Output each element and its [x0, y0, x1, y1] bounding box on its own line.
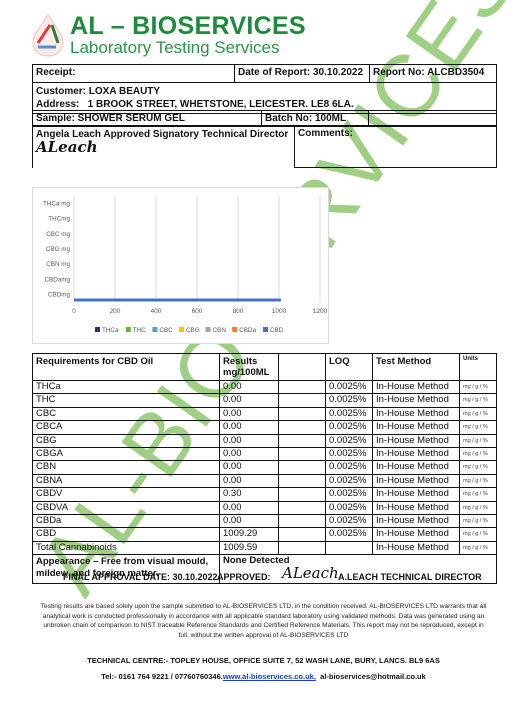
blank-cell [279, 488, 326, 501]
result-value: 1009.29 [220, 528, 279, 541]
loq-value: 0.0025% [326, 515, 373, 528]
loq-value: 0.0025% [326, 434, 373, 447]
units: mg / g / % [460, 434, 497, 447]
result-value: 0.00 [220, 381, 279, 394]
loq-value: 0.0025% [326, 461, 373, 474]
table-row: CBDV0.300.0025%In-House Methodmg / g / % [33, 488, 497, 501]
blank-cell [279, 381, 326, 394]
website-link[interactable]: www.al-bioservices.co.uk, [223, 672, 316, 681]
analyte-name: CBG [33, 434, 220, 447]
result-value: 1009.59 [220, 541, 279, 554]
svg-text:1000: 1000 [272, 308, 287, 315]
col-blank [279, 354, 326, 381]
test-method: In-House Method [373, 394, 460, 407]
units: mg / g / % [460, 381, 497, 394]
result-value: 0.30 [220, 488, 279, 501]
telephone: Tel:- 0161 764 9221 / 07760760346. [101, 672, 223, 681]
bar-chart: 020040060080010001200CBDmgCBDamgCBN mgCB… [33, 188, 330, 345]
table-row: THC0.000.0025%In-House Methodmg / g / % [33, 394, 497, 407]
date-of-report: Date of Report: 30.10.2022 [235, 65, 370, 83]
loq-value: 0.0025% [326, 488, 373, 501]
results-table: Requirements for CBD Oil Results mg/100M… [32, 353, 497, 584]
units: mg / g / % [460, 448, 497, 461]
svg-text:CBDmg: CBDmg [48, 291, 71, 298]
loq-value: 0.0025% [326, 381, 373, 394]
units: mg / g / % [460, 541, 497, 554]
disclaimer: Testing results are based solely upon th… [40, 602, 487, 640]
loq-value: 0.0025% [326, 528, 373, 541]
letterhead: AL – BIOSERVICES Laboratory Testing Serv… [30, 12, 306, 58]
blank-cell [279, 461, 326, 474]
analyte-name: Total Cannabinoids [33, 541, 220, 554]
approval-signature: ALeach [282, 564, 339, 582]
approved-label: APPROVED: [217, 572, 271, 582]
blank-cell [279, 448, 326, 461]
loq-value: 0.0025% [326, 394, 373, 407]
table-row: CBG0.000.0025%In-House Methodmg / g / % [33, 434, 497, 447]
analyte-name: THCa [33, 381, 220, 394]
test-method: In-House Method [373, 528, 460, 541]
result-value: 0.00 [220, 501, 279, 514]
blank-cell [279, 421, 326, 434]
blank-cell [279, 528, 326, 541]
analyte-name: CBGA [33, 448, 220, 461]
svg-text:400: 400 [151, 308, 162, 315]
result-value: 0.00 [220, 448, 279, 461]
svg-text:CBN: CBN [213, 327, 227, 334]
table-row: CBDVA0.000.0025%In-House Methodmg / g / … [33, 501, 497, 514]
logo-icon [30, 13, 66, 57]
test-method: In-House Method [373, 421, 460, 434]
report-number: Report No: ALCBD3504 [370, 65, 497, 83]
test-method: In-House Method [373, 541, 460, 554]
table-row: Total Cannabinoids1009.59In-House Method… [33, 541, 497, 554]
technical-centre-address: TECHNICAL CENTRE:- TOPLEY HOUSE, OFFICE … [0, 656, 527, 665]
units: mg / g / % [460, 421, 497, 434]
units: mg / g / % [460, 407, 497, 420]
analyte-name: CBN [33, 461, 220, 474]
test-method: In-House Method [373, 381, 460, 394]
svg-text:CBDa: CBDa [239, 327, 256, 334]
svg-text:600: 600 [192, 308, 203, 315]
analyte-name: CBD [33, 528, 220, 541]
blank-cell [279, 515, 326, 528]
svg-text:THCa: THCa [102, 327, 119, 334]
loq-value: 0.0025% [326, 474, 373, 487]
units: mg / g / % [460, 461, 497, 474]
test-method: In-House Method [373, 515, 460, 528]
analyte-name: CBCA [33, 421, 220, 434]
svg-text:CBN mg: CBN mg [46, 261, 70, 268]
svg-text:CBG mg: CBG mg [46, 246, 71, 253]
svg-text:CBD: CBD [270, 327, 284, 334]
analyte-name: CBC [33, 407, 220, 420]
loq-value: 0.0025% [326, 421, 373, 434]
test-method: In-House Method [373, 434, 460, 447]
loq-value [326, 541, 373, 554]
result-value: 0.00 [220, 394, 279, 407]
table-row: CBN0.000.0025%In-House Methodmg / g / % [33, 461, 497, 474]
loq-value: 0.0025% [326, 501, 373, 514]
svg-text:CBC: CBC [159, 327, 173, 334]
brand-subtitle: Laboratory Testing Services [70, 39, 306, 57]
table-row: CBCA0.000.0025%In-House Methodmg / g / % [33, 421, 497, 434]
col-test-method: Test Method [373, 354, 460, 381]
units: mg / g / % [460, 394, 497, 407]
blank-cell [279, 474, 326, 487]
svg-text:CBDamg: CBDamg [44, 276, 70, 283]
result-value: 0.00 [220, 421, 279, 434]
svg-text:1200: 1200 [313, 308, 328, 315]
table-row: CBDa0.000.0025%In-House Methodmg / g / % [33, 515, 497, 528]
approver-name: A.LEACH TECHNICAL DIRECTOR [338, 572, 482, 582]
test-method: In-House Method [373, 474, 460, 487]
signatory-table: Angela Leach Approved Signatory Technica… [32, 125, 497, 168]
table-row: CBD1009.290.0025%In-House Methodmg / g /… [33, 528, 497, 541]
report-info-table: Receipt: Date of Report: 30.10.2022 Repo… [32, 64, 497, 114]
blank-cell [279, 541, 326, 554]
svg-text:200: 200 [110, 308, 121, 315]
loq-value: 0.0025% [326, 407, 373, 420]
test-method: In-House Method [373, 461, 460, 474]
result-value: 0.00 [220, 407, 279, 420]
col-requirements: Requirements for CBD Oil [33, 354, 220, 381]
blank-cell [279, 394, 326, 407]
svg-text:THC: THC [133, 327, 146, 334]
units: mg / g / % [460, 528, 497, 541]
contact-line: Tel:- 0161 764 9221 / 07760760346.www.al… [0, 672, 527, 681]
blank-cell [279, 434, 326, 447]
signature: ALeach [36, 141, 291, 154]
svg-text:0: 0 [72, 308, 76, 315]
blank-cell [279, 407, 326, 420]
cannabinoid-chart: 020040060080010001200CBDmgCBDamgCBN mgCB… [32, 187, 329, 344]
svg-text:CBC mg: CBC mg [46, 231, 70, 238]
units: mg / g / % [460, 474, 497, 487]
analyte-name: CBDa [33, 515, 220, 528]
comments-label: Comments: [295, 126, 497, 168]
receipt-label: Receipt: [33, 65, 235, 83]
units: mg / g / % [460, 501, 497, 514]
analyte-name: CBDV [33, 488, 220, 501]
units: mg / g / % [460, 515, 497, 528]
analyte-name: CBDVA [33, 501, 220, 514]
svg-text:800: 800 [233, 308, 244, 315]
result-value: 0.00 [220, 515, 279, 528]
test-method: In-House Method [373, 501, 460, 514]
analyte-name: THC [33, 394, 220, 407]
col-results: Results mg/100ML [220, 354, 279, 381]
table-row: THCa0.000.0025%In-House Methodmg / g / % [33, 381, 497, 394]
svg-text:THCa mg: THCa mg [43, 201, 70, 208]
final-approval-date: FINAL APPROVAL DATE: 30.10.2022 [63, 572, 218, 582]
col-units: Units [460, 354, 497, 381]
col-loq: LOQ [326, 354, 373, 381]
test-method: In-House Method [373, 488, 460, 501]
svg-text:CBG: CBG [186, 327, 200, 334]
loq-value: 0.0025% [326, 448, 373, 461]
units: mg / g / % [460, 488, 497, 501]
result-value: 0.00 [220, 461, 279, 474]
blank-cell [279, 501, 326, 514]
result-value: 0.00 [220, 434, 279, 447]
result-value: 0.00 [220, 474, 279, 487]
test-method: In-House Method [373, 448, 460, 461]
customer: Customer: LOXA BEAUTY [36, 85, 493, 98]
table-row: CBNA0.000.0025%In-House Methodmg / g / % [33, 474, 497, 487]
test-method: In-House Method [373, 407, 460, 420]
analyte-name: CBNA [33, 474, 220, 487]
brand-name: AL – BIOSERVICES [70, 14, 306, 39]
email: al-bioservices@hotmail.co.uk [320, 672, 426, 681]
table-row: CBGA0.000.0025%In-House Methodmg / g / % [33, 448, 497, 461]
table-row: CBC0.000.0025%In-House Methodmg / g / % [33, 407, 497, 420]
svg-text:THCmg: THCmg [48, 216, 70, 223]
